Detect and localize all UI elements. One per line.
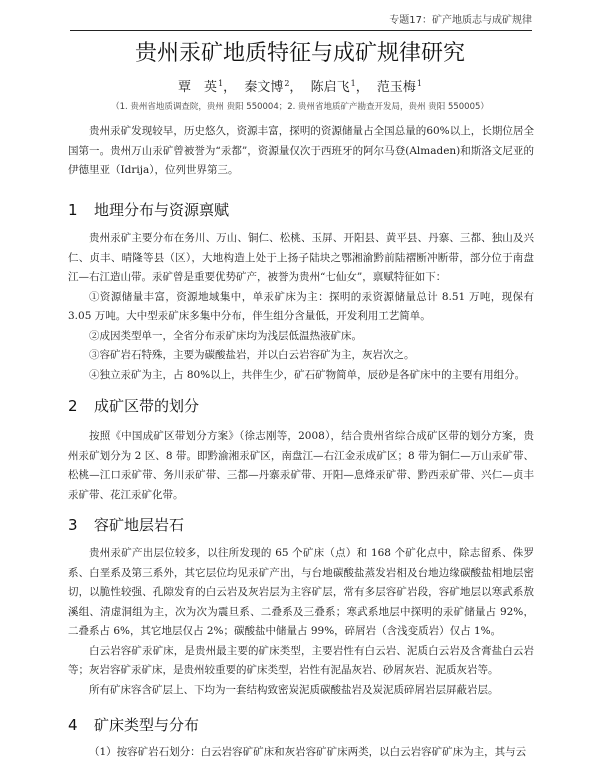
section-number: 2 [68,396,94,416]
section-heading-2: 2成矿区带的划分 [68,396,199,416]
section-3-body: 贵州汞矿产出层位较多，以往所发现的 65 个矿床（点）和 168 个矿化点中，除… [68,544,534,700]
section-2-body: 按照《中国成矿区带划分方案》（徐志刚等，2008），结合贵州省综合成矿区带的划分… [68,427,534,505]
author: 覃 英1 [178,80,223,95]
section-title: 容矿地层岩石 [94,516,184,534]
intro-paragraph-block: 贵州汞矿发现较早，历史悠久，资源丰富，探明的资源储量占全国总量的60%以上，长期… [68,122,534,181]
author: 范玉梅1 [377,80,422,95]
author: 秦文博2 [244,80,289,95]
paragraph: ③容矿岩石特殊，主要为碳酸盐岩，并以白云岩容矿为主，灰岩次之。 [68,346,534,366]
section-heading-3: 3容矿地层岩石 [68,515,184,535]
section-title: 矿床类型与分布 [94,716,199,734]
article-title: 贵州汞矿地质特征与成矿规律研究 [0,40,600,68]
running-header: 专题17：矿产地质志与成矿规律 [70,14,532,31]
author-list: 覃 英1， 秦文博2， 陈启飞1， 范玉梅1 [0,75,600,97]
paragraph: （1）按容矿岩石划分：白云岩容矿矿床和灰岩容矿矿床两类，以白云岩容矿矿床为主，其… [68,743,534,763]
paragraph: 贵州汞矿产出层位较多，以往所发现的 65 个矿床（点）和 168 个矿化点中，除… [68,544,534,642]
section-1-body: 贵州汞矿主要分布在务川、万山、铜仁、松桃、玉屏、开阳县、黄平县、丹寨、三都、独山… [68,229,534,385]
author: 陈启飞1 [311,80,356,95]
paragraph: 按照《中国成矿区带划分方案》（徐志刚等，2008），结合贵州省综合成矿区带的划分… [68,427,534,505]
section-heading-1: 1地理分布与资源禀赋 [68,200,229,220]
section-title: 成矿区带的划分 [94,397,199,415]
section-number: 4 [68,715,94,735]
intro-paragraph: 贵州汞矿发现较早，历史悠久，资源丰富，探明的资源储量占全国总量的60%以上，长期… [68,122,534,181]
section-number: 1 [68,200,94,220]
paragraph: 所有矿床容含矿层上、下均为一套结构致密炭泥质碳酸盐岩及炭泥质碎屑岩层屏蔽岩层。 [68,681,534,701]
running-title: 专题17：矿产地质志与成矿规律 [389,15,532,26]
paragraph: 白云岩容矿汞矿床，是贵州最主要的矿床类型，主要岩性有白云岩、泥质白云岩及含膏盐白… [68,642,534,681]
section-title: 地理分布与资源禀赋 [94,201,229,219]
section-4-body: （1）按容矿岩石划分：白云岩容矿矿床和灰岩容矿矿床两类，以白云岩容矿矿床为主，其… [68,743,534,763]
paragraph: ④独立汞矿为主，占 80%以上，共伴生少，矿石矿物简单，辰砂是各矿床中的主要有用… [68,366,534,386]
paragraph: ②成因类型单一，全省分布汞矿床均为浅层低温热液矿床。 [68,327,534,347]
section-number: 3 [68,515,94,535]
paragraph: 贵州汞矿主要分布在务川、万山、铜仁、松桃、玉屏、开阳县、黄平县、丹寨、三都、独山… [68,229,534,288]
section-heading-4: 4矿床类型与分布 [68,715,199,735]
document-page: 专题17：矿产地质志与成矿规律 贵州汞矿地质特征与成矿规律研究 覃 英1， 秦文… [0,0,600,769]
paragraph: ①资源储量丰富，资源地域集中，单汞矿床为主：探明的汞资源储量总计 8.51 万吨… [68,288,534,327]
affiliation: （1. 贵州省地质调查院，贵州 贵阳 550004；2. 贵州省地质矿产勘查开发… [0,101,600,113]
